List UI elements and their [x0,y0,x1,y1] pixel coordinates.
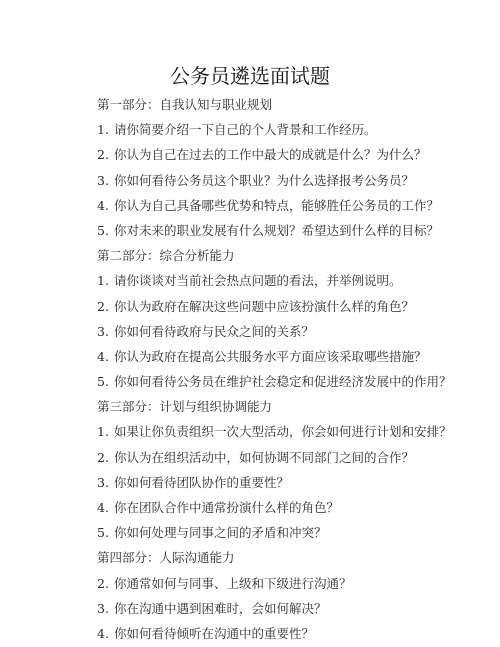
question-number: 4. [97,499,114,517]
question-text: 如果让你负责组织一次大型活动，你会如何进行计划和安排？ [114,424,452,439]
question-text: 你如何看待公务员在维护社会稳定和促进经济发展中的作用？ [114,374,452,389]
section-heading: 第二部分：综合分析能力 [97,247,497,272]
question-number: 1. [97,272,114,290]
document-title: 公务员遴选面试题 [0,60,500,89]
question-number: 2. [97,298,114,316]
question-text: 你通常如何与同事、上级和下级进行沟通？ [114,576,352,591]
question-number: 5. [97,222,114,240]
question-number: 5. [97,373,114,391]
question-number: 2. [97,575,114,593]
document-body: 第一部分：自我认知与职业规划 1.请你简要介绍一下自己的个人背景和工作经历。 2… [97,96,497,647]
question-item: 1.如果让你负责组织一次大型活动，你会如何进行计划和安排？ [97,423,497,448]
question-text: 你如何看待团队协作的重要性？ [114,475,289,490]
question-item: 1.请你谈谈对当前社会热点问题的看法，并举例说明。 [97,272,497,297]
question-item: 4.你认为自己具备哪些优势和特点，能够胜任公务员的工作？ [97,197,497,222]
question-item: 4.你认为政府在提高公共服务水平方面应该采取哪些措施？ [97,348,497,373]
question-item: 2.你认为自己在过去的工作中最大的成就是什么？为什么？ [97,146,497,171]
question-text: 你认为政府在解决这些问题中应该扮演什么样的角色？ [114,299,414,314]
question-item: 2.你认为在组织活动中，如何协调不同部门之间的合作？ [97,449,497,474]
question-text: 你认为自己具备哪些优势和特点，能够胜任公务员的工作？ [114,198,439,213]
question-text: 你认为自己在过去的工作中最大的成就是什么？为什么？ [114,147,427,162]
question-item: 2.你通常如何与同事、上级和下级进行沟通？ [97,575,497,600]
section-heading: 第四部分：人际沟通能力 [97,549,497,574]
question-number: 1. [97,423,114,441]
question-number: 2. [97,146,114,164]
question-number: 4. [97,348,114,366]
question-item: 3.你在沟通中遇到困难时，会如何解决？ [97,600,497,625]
question-item: 2.你认为政府在解决这些问题中应该扮演什么样的角色？ [97,298,497,323]
section-heading: 第一部分：自我认知与职业规划 [97,96,497,121]
question-text: 你如何看待倾听在沟通中的重要性？ [114,626,314,641]
question-text: 你如何看待政府与民众之间的关系？ [114,324,314,339]
question-item: 3.你如何看待公务员这个职业？为什么选择报考公务员？ [97,172,497,197]
question-number: 1. [97,121,114,139]
question-number: 3. [97,323,114,341]
question-item: 4.你如何看待倾听在沟通中的重要性？ [97,625,497,647]
question-number: 3. [97,172,114,190]
question-text: 请你谈谈对当前社会热点问题的看法，并举例说明。 [114,273,402,288]
question-text: 你认为政府在提高公共服务水平方面应该采取哪些措施？ [114,349,427,364]
question-number: 4. [97,197,114,215]
question-text: 你如何看待公务员这个职业？为什么选择报考公务员？ [114,173,414,188]
question-text: 你对未来的职业发展有什么规划？希望达到什么样的目标？ [114,223,439,238]
question-item: 3.你如何看待团队协作的重要性？ [97,474,497,499]
question-number: 2. [97,449,114,467]
question-item: 5.你如何处理与同事之间的矛盾和冲突？ [97,524,497,549]
question-text: 你如何处理与同事之间的矛盾和冲突？ [114,525,327,540]
question-item: 3.你如何看待政府与民众之间的关系？ [97,323,497,348]
question-number: 3. [97,474,114,492]
question-text: 请你简要介绍一下自己的个人背景和工作经历。 [114,122,377,137]
question-item: 4.你在团队合作中通常扮演什么样的角色？ [97,499,497,524]
question-text: 你在团队合作中通常扮演什么样的角色？ [114,500,339,515]
question-number: 3. [97,600,114,618]
question-text: 你在沟通中遇到困难时，会如何解决？ [114,601,327,616]
question-text: 你认为在组织活动中，如何协调不同部门之间的合作？ [114,450,414,465]
question-item: 5.你对未来的职业发展有什么规划？希望达到什么样的目标？ [97,222,497,247]
question-item: 5.你如何看待公务员在维护社会稳定和促进经济发展中的作用？ [97,373,497,398]
question-item: 1.请你简要介绍一下自己的个人背景和工作经历。 [97,121,497,146]
section-heading: 第三部分：计划与组织协调能力 [97,398,497,423]
question-number: 5. [97,524,114,542]
question-number: 4. [97,625,114,643]
